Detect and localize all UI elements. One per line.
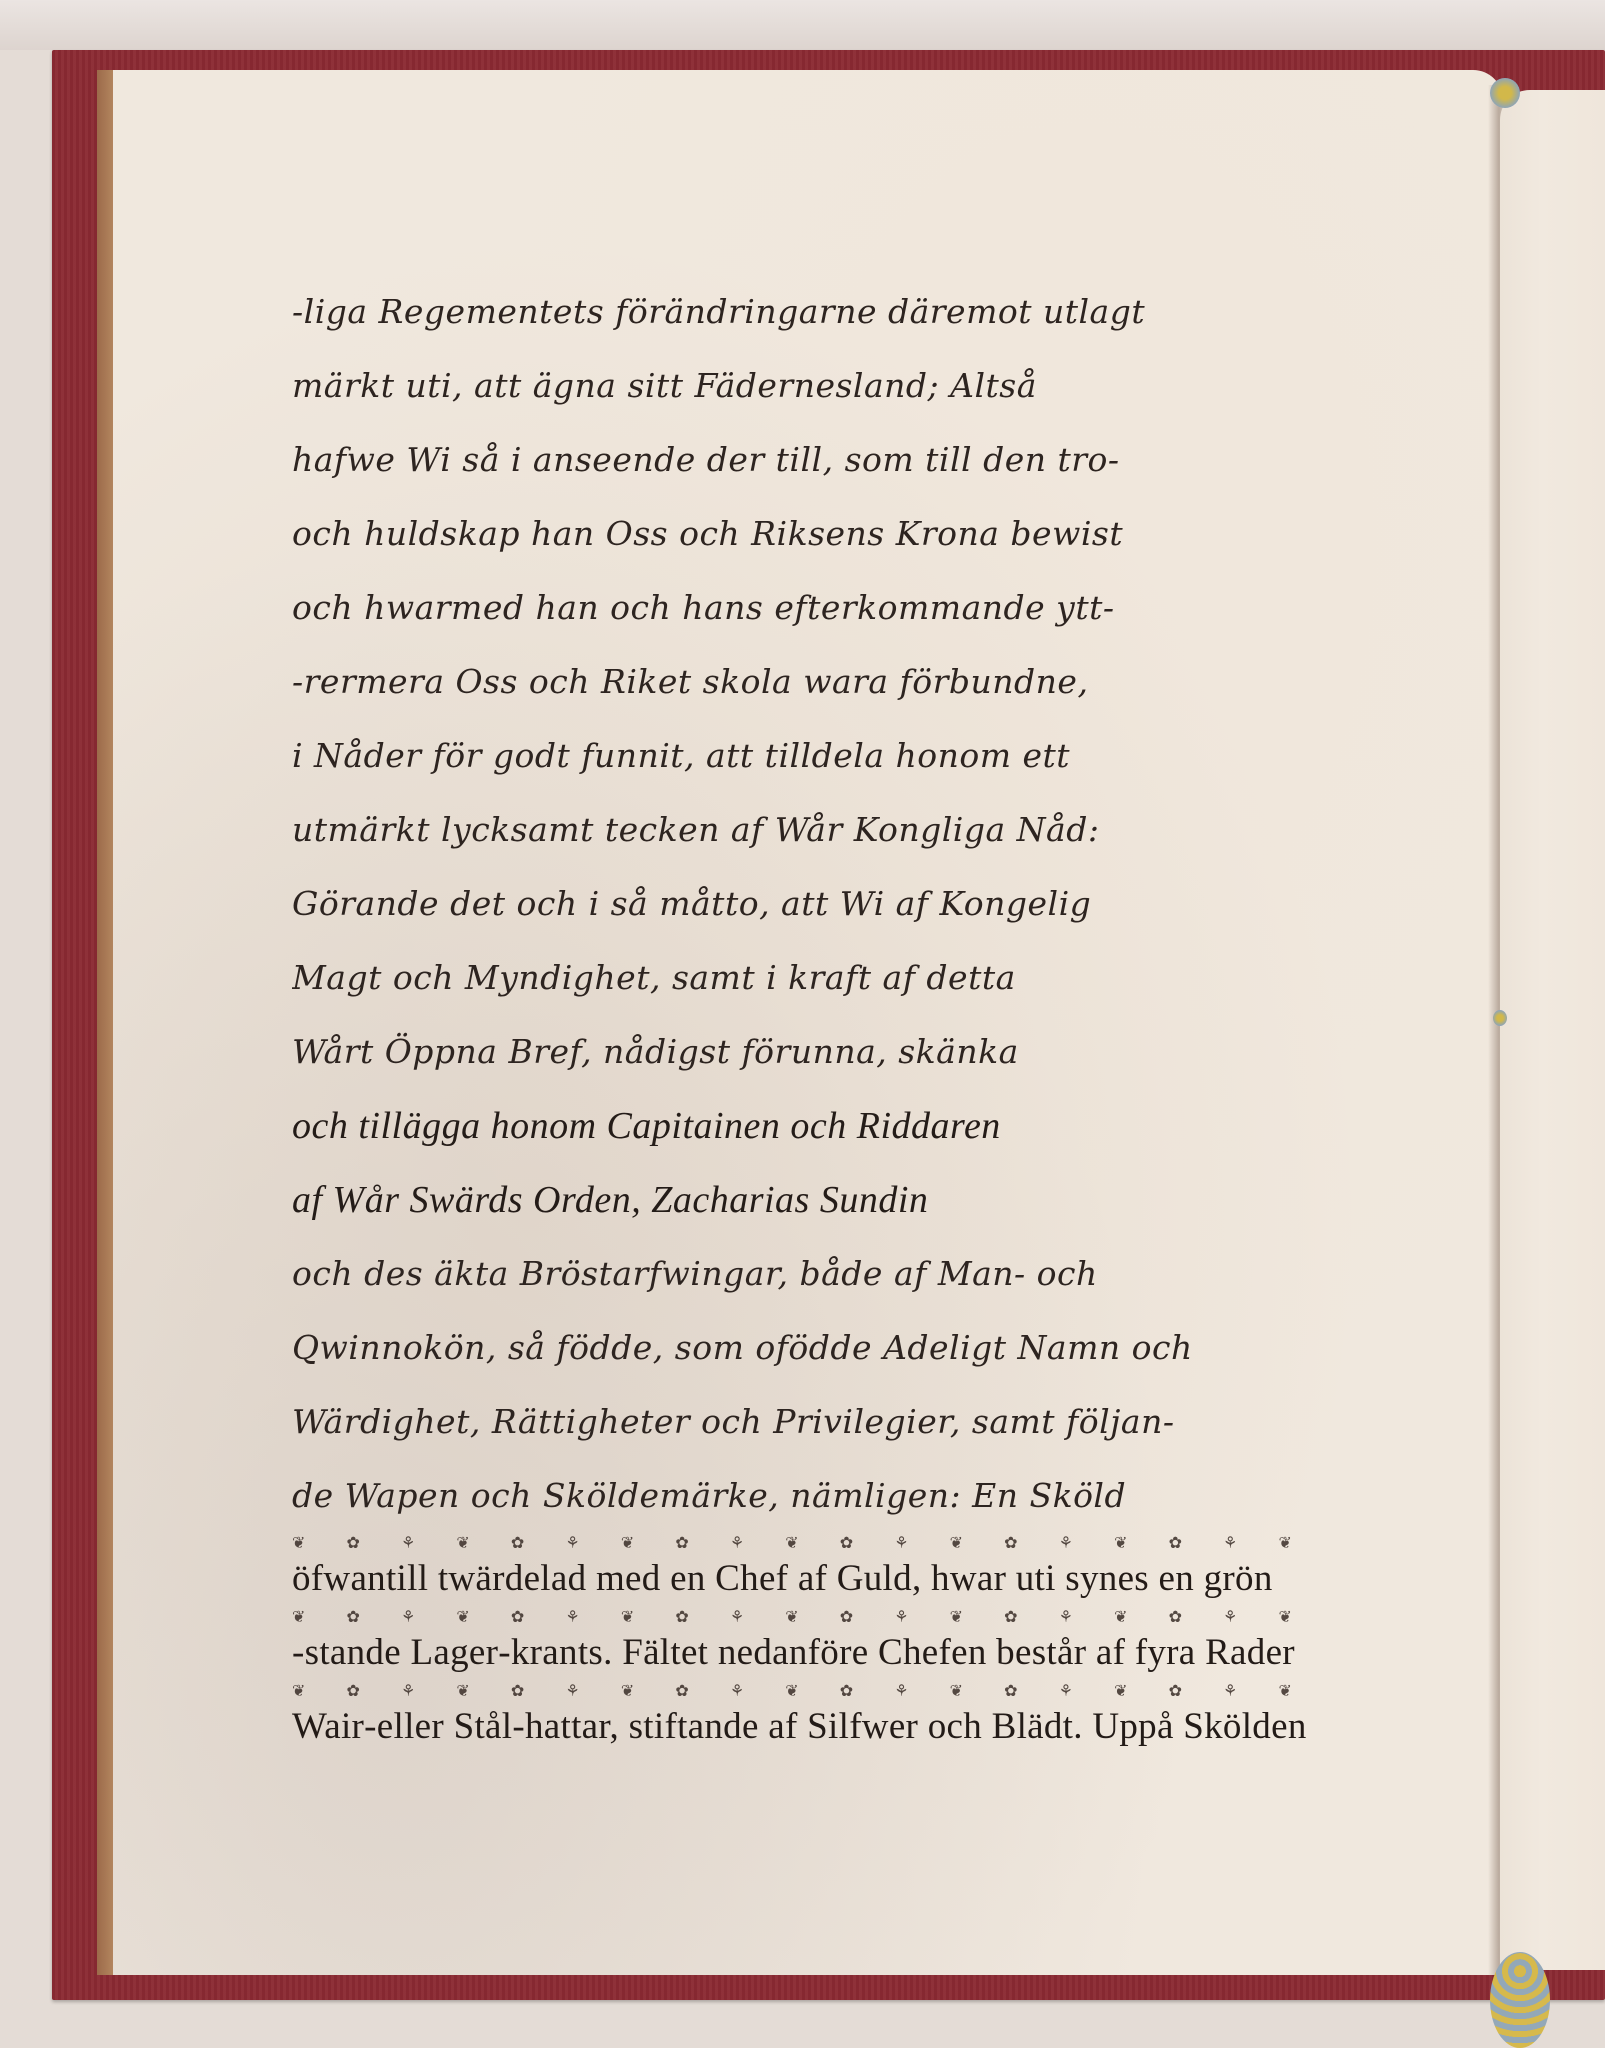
text-line: och hwarmed han och hans efterkommande y… <box>292 571 1332 645</box>
blazon-section: ❦ ✿ ⚘ ❦ ✿ ⚘ ❦ ✿ ⚘ ❦ ✿ ⚘ ❦ ✿ ⚘ ❦ ✿ ⚘ ❦ ✿ … <box>292 1539 1332 1761</box>
text-line: de Wapen och Sköldemärke, nämligen: En S… <box>292 1459 1332 1533</box>
text-line: ‑liga Regementets förändringarne däremot… <box>292 275 1332 349</box>
blazon-text: öfwantill twärdelad med en Chef af Guld,… <box>292 1557 1332 1600</box>
facing-page-edge <box>1500 90 1605 1970</box>
floral-flourish-icon: ❦ ✿ ⚘ ❦ ✿ ⚘ ❦ ✿ ⚘ ❦ ✿ ⚘ ❦ ✿ ⚘ ❦ ✿ ⚘ ❦ ✿ … <box>292 1681 1332 1707</box>
text-line: Magt och Myndighet, samt i kraft af dett… <box>292 941 1332 1015</box>
text-line: Wärdighet, Rättigheter och Privilegier, … <box>292 1385 1332 1459</box>
text-line: i Nåder för godt funnit, att tilldela ho… <box>292 719 1332 793</box>
blazon-text: Wair‑eller Stål‑hattar, stiftande af Sil… <box>292 1705 1332 1748</box>
manuscript-text: ‑liga Regementets förändringarne däremot… <box>292 275 1332 1761</box>
text-line: och tillägga honom Capitainen och Riddar… <box>292 1089 1332 1163</box>
text-line: och huldskap han Oss och Riksens Krona b… <box>292 497 1332 571</box>
silk-cord-thread <box>1493 1010 1507 1026</box>
floral-flourish-icon: ❦ ✿ ⚘ ❦ ✿ ⚘ ❦ ✿ ⚘ ❦ ✿ ⚘ ❦ ✿ ⚘ ❦ ✿ ⚘ ❦ ✿ … <box>292 1533 1332 1559</box>
silk-cord-tassel <box>1490 1952 1550 2048</box>
blazon-line: ❦ ✿ ⚘ ❦ ✿ ⚘ ❦ ✿ ⚘ ❦ ✿ ⚘ ❦ ✿ ⚘ ❦ ✿ ⚘ ❦ ✿ … <box>292 1613 1332 1687</box>
text-line: hafwe Wi så i anseende der till, som til… <box>292 423 1332 497</box>
text-line: märkt uti, att ägna sitt Fädernesland; A… <box>292 349 1332 423</box>
silk-cord-top <box>1490 78 1520 108</box>
text-line-name: af Wår Swärds Orden, Zacharias Sundin <box>292 1163 1332 1237</box>
blazon-line: ❦ ✿ ⚘ ❦ ✿ ⚘ ❦ ✿ ⚘ ❦ ✿ ⚘ ❦ ✿ ⚘ ❦ ✿ ⚘ ❦ ✿ … <box>292 1539 1332 1613</box>
scan-background <box>0 0 1605 50</box>
blazon-text: ‑stande Lager‑krants. Fältet nedanföre C… <box>292 1631 1332 1674</box>
text-line: ‑rermera Oss och Riket skola wara förbun… <box>292 645 1332 719</box>
text-line: Wårt Öppna Bref, nådigst förunna, skänka <box>292 1015 1332 1089</box>
text-line: utmärkt lycksamt tecken af Wår Kongliga … <box>292 793 1332 867</box>
text-line: Qwinnokön, så födde, som ofödde Adeligt … <box>292 1311 1332 1385</box>
floral-flourish-icon: ❦ ✿ ⚘ ❦ ✿ ⚘ ❦ ✿ ⚘ ❦ ✿ ⚘ ❦ ✿ ⚘ ❦ ✿ ⚘ ❦ ✿ … <box>292 1607 1332 1633</box>
blazon-line: ❦ ✿ ⚘ ❦ ✿ ⚘ ❦ ✿ ⚘ ❦ ✿ ⚘ ❦ ✿ ⚘ ❦ ✿ ⚘ ❦ ✿ … <box>292 1687 1332 1761</box>
text-line: Görande det och i så måtto, att Wi af Ko… <box>292 867 1332 941</box>
text-line: och des äkta Bröstarfwingar, både af Man… <box>292 1237 1332 1311</box>
